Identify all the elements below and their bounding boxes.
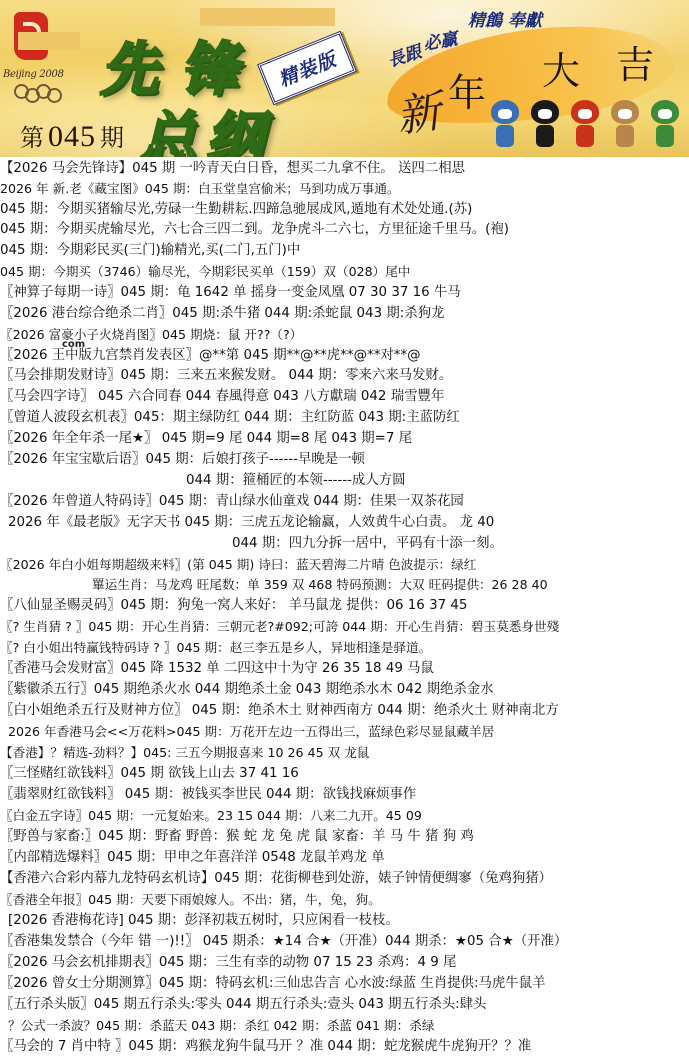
text-line: 〖八仙显圣赐灵码〗045 期：狗兔一窝人来好： 羊马鼠龙 提供：06 16 37… <box>0 597 467 615</box>
text-line: 〖2026 曾女士分期测算〗045 期：特码玄机:三仙忠告言 心水波:绿蓝 生肖… <box>0 975 545 993</box>
text-line: 〖五行杀头版〗045 期五行杀头:零头 044 期五行杀头:壹头 043 期五行… <box>0 996 486 1014</box>
text-line: 〖曾道人波段玄机表〗045：期主绿防红 044 期：主红防蓝 043 期:主蓝防… <box>0 409 460 427</box>
text-line: 044 期：箍桶匠的本领------成人方圆 <box>186 472 406 490</box>
text-line: 〖香港马会发财富〗045 降 1532 单 二四这中十为守 26 35 18 4… <box>0 660 434 678</box>
mascot-jingjing-icon <box>530 100 560 148</box>
redaction-block <box>200 8 335 26</box>
text-line: 〖2026 年曾道人特码诗〗045 期：青山绿水仙童戏 044 期：佳果一双茶花… <box>0 493 464 511</box>
brush-calligraphy: 新 <box>392 75 444 145</box>
issue-suffix: 期 <box>100 124 124 152</box>
text-line: 〖香港集发禁合（今年 错 一)!!〗 045 期杀：★14 合★（开准）044 … <box>0 933 567 951</box>
text-line: 〖? 白小姐出特赢钱特码诗 ? 〗045 期：赵三李五是乡人，异地相逢是驿道。 <box>0 639 431 657</box>
text-line: 〖2026 港台综合绝杀二肖〗045 期:杀牛猪 044 期:杀蛇鼠 043 期… <box>0 305 444 323</box>
redaction-block <box>18 32 80 50</box>
mascot-nini-icon <box>650 100 680 148</box>
text-line: 〖内部精选爆料〗045 期：甲申之年喜洋洋 0548 龙鼠羊鸡龙 单 <box>0 849 385 867</box>
text-line: 044 期：四九分拆一居中，平码有十添一刻。 <box>232 535 503 553</box>
text-line: 〖2026 年白小姐每期超级来料〗(第 045 期) 诗曰：蓝天碧海二片晴 色波… <box>0 556 476 574</box>
title-char-4: 纲 <box>205 92 263 157</box>
text-line: 〖2026 年宝宝歇后语〗045 期：后娘打孩子------早晚是一顿 <box>0 451 365 469</box>
text-line: 〖三怪赌红欲钱料〗045 期 欲钱上山去 37 41 16 <box>0 765 299 783</box>
issue-number: 045 <box>48 120 96 153</box>
text-line: 2026 年香港马会<<万花料>045 期：万花开左边一五得出三，蓝绿色彩尽显鼠… <box>8 723 494 741</box>
ribbon-char-3: 吉 <box>616 34 654 89</box>
text-line: 〖2026 富豪小子火烧肖图〗045 期烧：鼠 开??（?） <box>0 326 302 344</box>
text-line: 〖紫徽杀五行〗045 期绝杀火水 044 期绝杀土金 043 期绝杀水木 042… <box>0 681 494 699</box>
mascot-yingying-icon <box>610 100 640 148</box>
text-line: 〖野兽与家畜:〗045 期：野畜 野兽：猴 蛇 龙 兔 虎 鼠 家畜：羊 马 牛… <box>0 828 474 846</box>
text-line: 罼运生肖：马龙鸡 旺尾数：单 359 双 468 特码预测：大双 旺码提供：26… <box>92 576 548 594</box>
issue-prefix: 第 <box>20 124 44 152</box>
text-line: 2026 年 新.老《藏宝图》045 期：白玉堂皇宫偷米；马到功成万事通。 <box>0 180 400 198</box>
text-line: 〖白小姐绝杀五行及财神方位〗 045 期：绝杀木土 财神西南方 044 期：绝杀… <box>0 702 559 720</box>
text-line: 〖2026 马会玄机排期表〗045 期：三生有幸的动物 07 15 23 杀鸡：… <box>0 954 456 972</box>
text-line: 〖香港全年报〗045 期：天要下雨娘嫁人。不出：猪，牛，兔，狗。 <box>0 891 381 909</box>
olympic-text: Beijing 2008 <box>3 69 64 80</box>
text-line: [2026 香港梅花诗] 045 期：彭泽初栽五树时，只应闲看一枝枝。 <box>8 912 399 930</box>
text-line: 045 期：今期买（3746）输尽光，今期彩民买单（159）双（028）尾中 <box>0 263 410 281</box>
text-line: 【香港】？精选-劲料？】045: 三五今期报喜来 10 26 45 双 龙鼠 <box>0 744 369 762</box>
text-line: 〖神算子每期一诗〗045 期：龟 1642 单 摇身一变金凤凰 07 30 37… <box>0 284 461 302</box>
text-line: 〖马会排期发财诗〗045 期：三来五来猴发财。 044 期：零来六来马发财。 <box>0 367 452 385</box>
ribbon-char-2: 大 <box>542 40 580 95</box>
fuwa-mascots <box>490 100 680 148</box>
text-line: 2026 年《最老版》无字天书 045 期：三虎五龙论输赢，人效黄牛心白责。 龙… <box>8 514 494 532</box>
issue-label: 第045期 <box>20 118 124 154</box>
text-line: 045 期：今期彩民买(三门)输精光,买(二门,五门)中 <box>0 242 300 260</box>
text-line: 〖翡翠财红欲钱料〗 045 期：被钱买李世民 044 期：欲钱找麻烦事作 <box>0 786 416 804</box>
text-line: 〖2026 年全年杀一尾★〗 045 期=9 尾 044 期=8 尾 043 期… <box>0 430 412 448</box>
text-line: 045 期：今期买猪输尽光,劳碌一生勤耕耘.四蹄急驰展成风,遁地有术处处通.(苏… <box>0 201 472 219</box>
ribbon-char-1: 年 <box>448 62 486 117</box>
header-banner: Beijing 2008 第045期 先 锋 总 纲 精装版 精鶬 奉獻 必贏 … <box>0 0 689 157</box>
slogan-top: 精鶬 奉獻 <box>468 6 542 31</box>
mascot-huanhuan-icon <box>570 100 600 148</box>
title-char-3: 总 <box>138 92 196 157</box>
text-line: 【2026 马会先锋诗】045 期 一吟青天白日昏，想买二九拿不住。 送四二相思 <box>0 160 465 178</box>
text-line: 【香港六合彩内幕九龙特码玄机诗】045 期：花街柳巷到处游，婊子钟情便绸寥（兔鸡… <box>0 870 552 888</box>
text-line: 〖? 生肖猜 ? 〗045 期：开心生肖猜：三朝元老?#092;可誇 044 期… <box>0 618 559 636</box>
text-line: 〖马会四字诗〗 045 六合同春 044 春風得意 043 八方獻瑞 042 瑞… <box>0 388 444 406</box>
watermark-text: com <box>62 339 85 350</box>
text-line: 〖白金五字诗〗045 期：一元复始来。23 15 044 期：八来二九开。45 … <box>0 807 422 825</box>
olympic-rings-icon <box>14 84 64 106</box>
text-line: 045 期：今期买虎输尽光，六七合三四二到。龙争虎斗二六七，方里征途千里马。(袍… <box>0 221 509 239</box>
mascot-beibei-icon <box>490 100 520 148</box>
